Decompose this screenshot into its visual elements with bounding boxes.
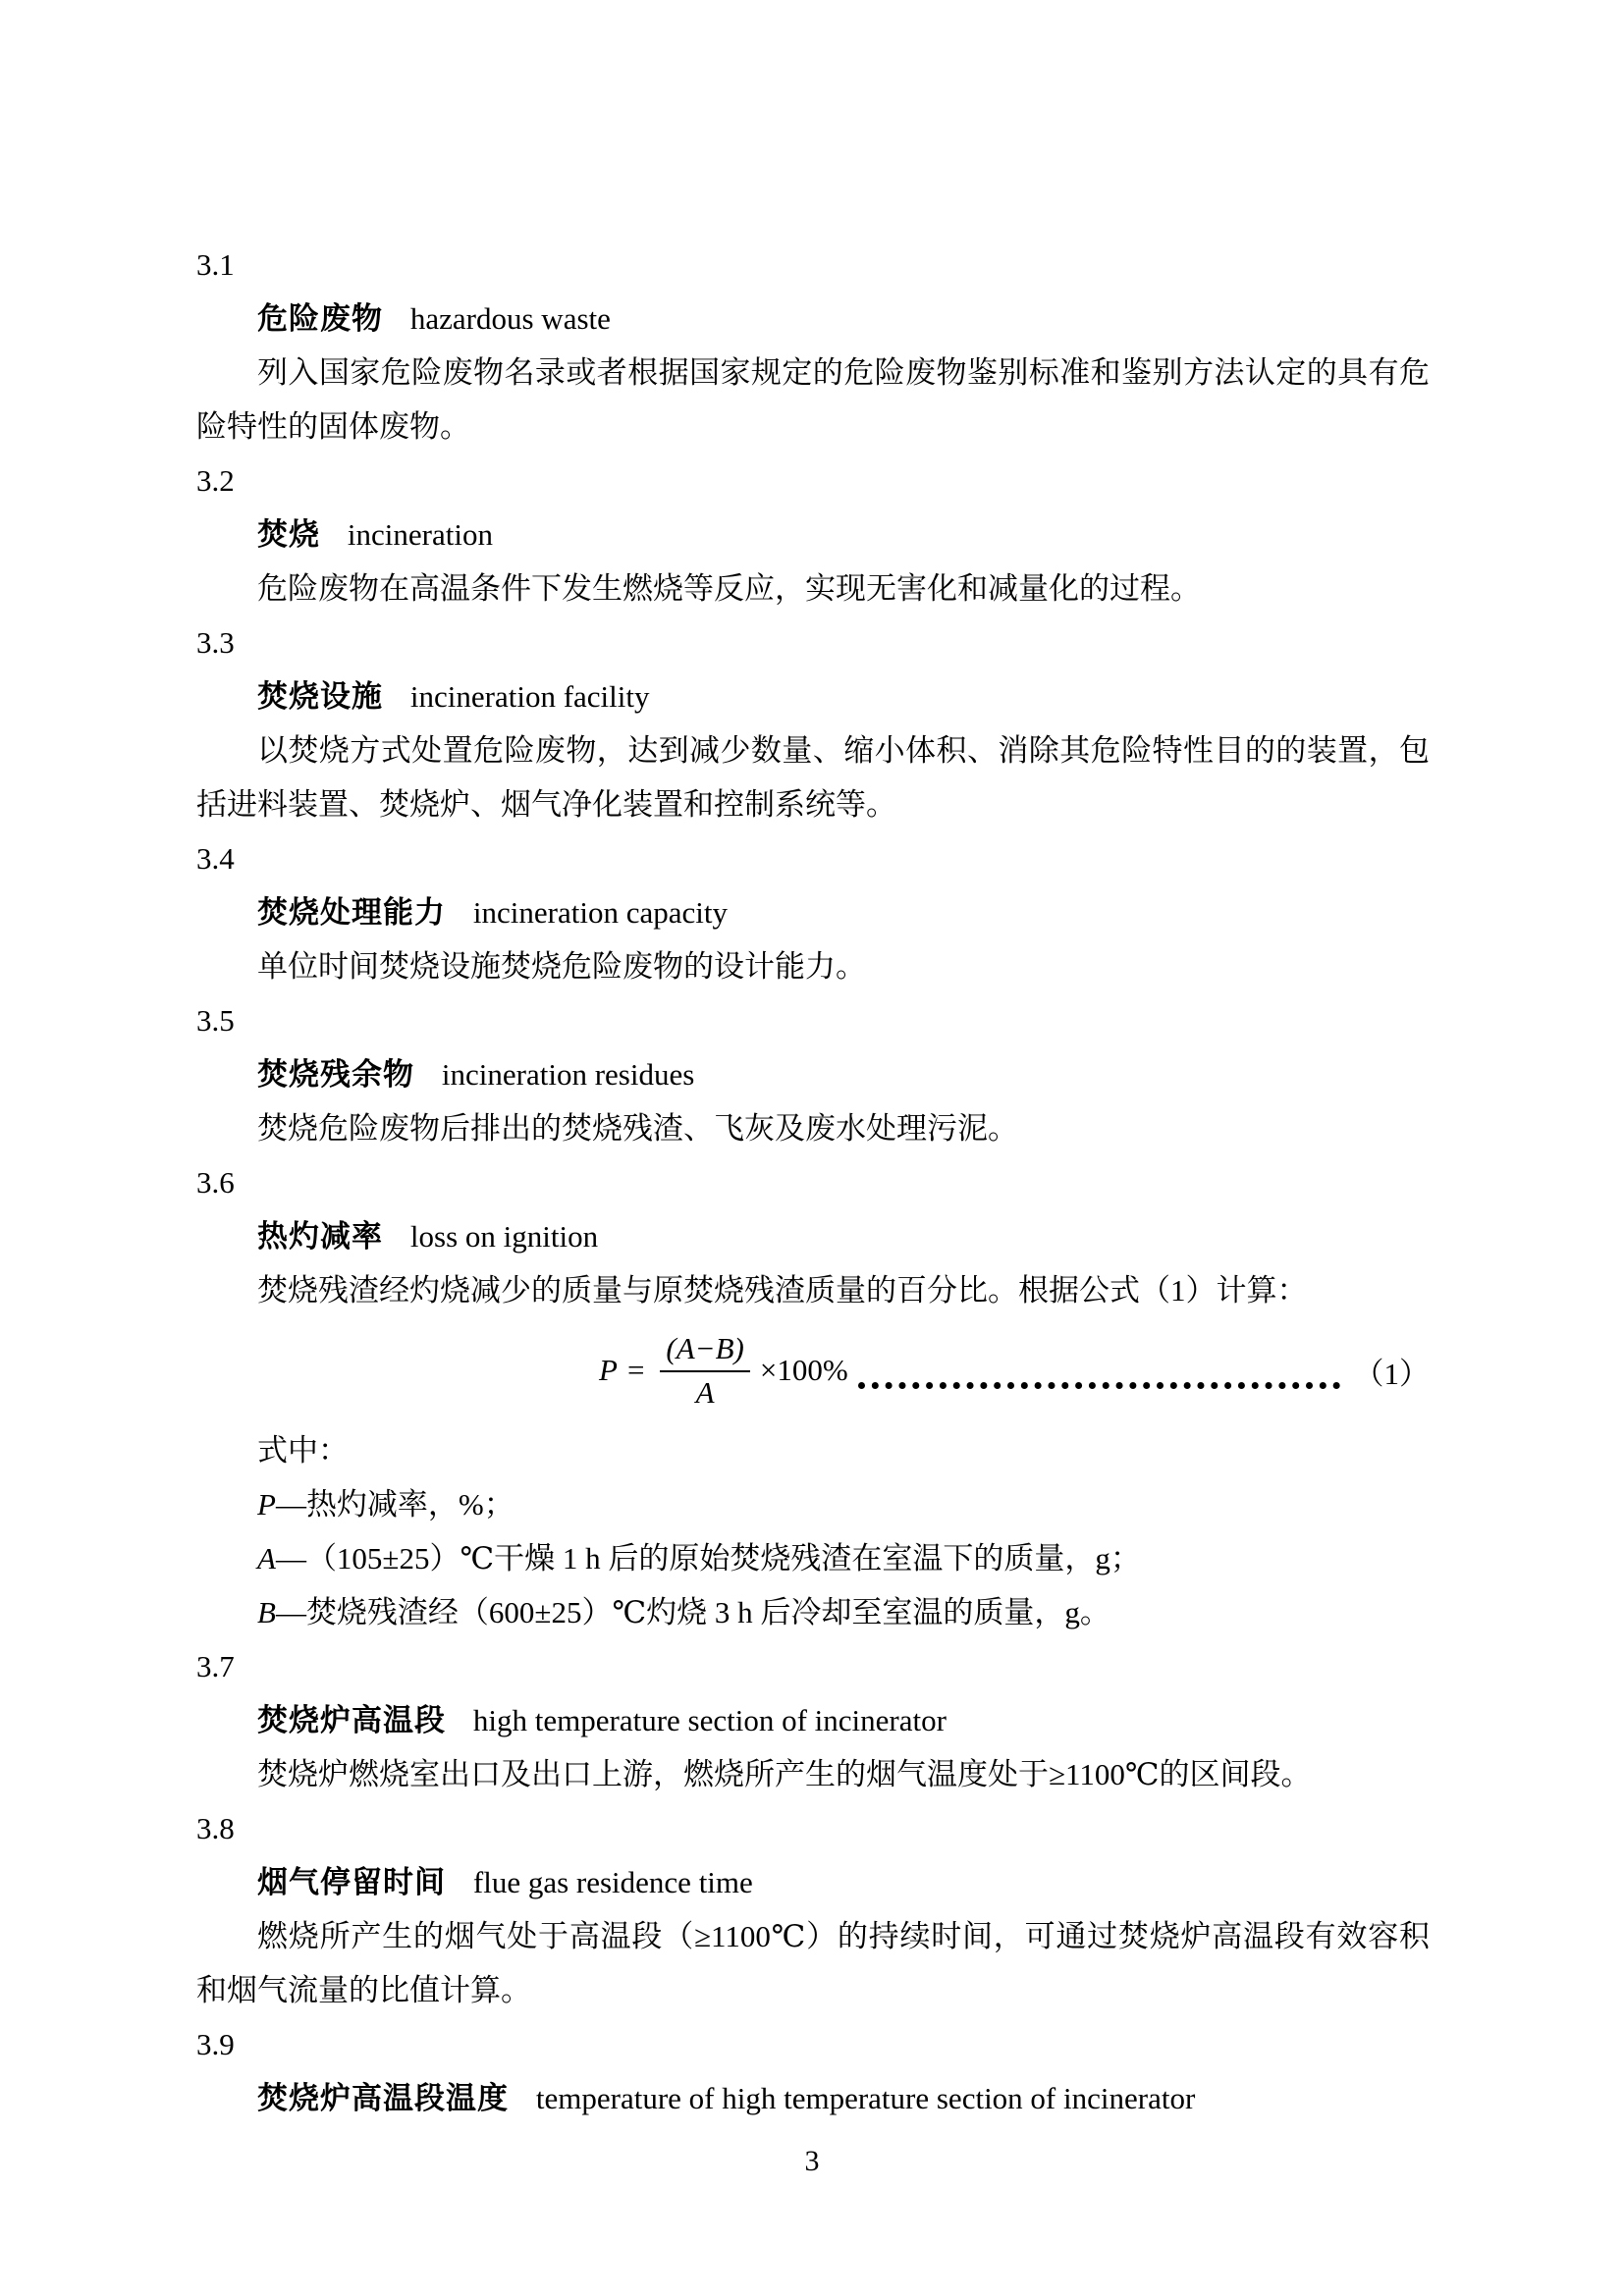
section-number-3-2: 3.2 <box>196 454 1430 507</box>
term-en-3-7: high temperature section of incinerator <box>473 1703 947 1737</box>
where-text-b: —焚烧残渣经（600±25）℃灼烧 3 h 后冷却至室温的质量，g。 <box>276 1595 1110 1629</box>
term-line-3-2: 焚烧incineration <box>196 507 1430 561</box>
term-zh-3-6: 热灼减率 <box>257 1219 383 1254</box>
formula-fraction: (A−B) A <box>660 1331 749 1411</box>
term-en-3-4: incineration capacity <box>473 895 728 930</box>
term-zh-3-3: 焚烧设施 <box>257 679 383 714</box>
where-text-a: —（105±25）℃干燥 1 h 后的原始焚烧残渣在室温下的质量，g； <box>276 1541 1141 1575</box>
term-en-3-1: hazardous waste <box>410 301 611 336</box>
where-var-p: P <box>257 1487 276 1522</box>
formula-denominator: A <box>696 1372 715 1411</box>
term-zh-3-8: 烟气停留时间 <box>257 1865 446 1899</box>
formula-equals: = <box>627 1353 644 1388</box>
formula-multiplier: ×100% <box>760 1353 848 1388</box>
definition-paragraph-3-1: 列入国家危险废物名录或者根据国家规定的危险废物鉴别标准和鉴别方法认定的具有危险特… <box>196 346 1430 454</box>
section-number-3-8: 3.8 <box>196 1801 1430 1855</box>
section-number-3-9: 3.9 <box>196 2017 1430 2071</box>
term-zh-3-4: 焚烧处理能力 <box>257 895 446 930</box>
term-zh-3-5: 焚烧残余物 <box>257 1057 414 1092</box>
term-line-3-8: 烟气停留时间flue gas residence time <box>196 1855 1430 1909</box>
definition-paragraph-3-5: 焚烧危险废物后排出的焚烧残渣、飞灰及废水处理污泥。 <box>196 1101 1430 1155</box>
section-number-3-7: 3.7 <box>196 1639 1430 1693</box>
where-item-b: B—焚烧残渣经（600±25）℃灼烧 3 h 后冷却至室温的质量，g。 <box>196 1585 1430 1639</box>
term-line-3-5: 焚烧残余物incineration residues <box>196 1047 1430 1101</box>
where-intro: 式中： <box>196 1423 1430 1477</box>
term-zh-3-9: 焚烧炉高温段温度 <box>257 2081 509 2115</box>
term-line-3-3: 焚烧设施incineration facility <box>196 669 1430 723</box>
formula-lhs: P <box>599 1353 618 1388</box>
page-number: 3 <box>0 2142 1624 2181</box>
section-number-3-5: 3.5 <box>196 993 1430 1047</box>
where-var-a: A <box>257 1541 276 1575</box>
formula-expression: P = (A−B) A ×100% <box>599 1331 848 1411</box>
term-zh-3-7: 焚烧炉高温段 <box>257 1703 446 1737</box>
definition-paragraph-3-3: 以焚烧方式处置危险废物，达到减少数量、缩小体积、消除其危险特性目的的装置，包括进… <box>196 723 1430 831</box>
term-line-3-1: 危险废物hazardous waste <box>196 292 1430 346</box>
definition-paragraph-3-4: 单位时间焚烧设施焚烧危险废物的设计能力。 <box>196 939 1430 993</box>
section-number-3-3: 3.3 <box>196 615 1430 669</box>
where-item-p: P—热灼减率，%； <box>196 1477 1430 1531</box>
where-item-a: A—（105±25）℃干燥 1 h 后的原始焚烧残渣在室温下的质量，g； <box>196 1531 1430 1585</box>
term-zh-3-2: 焚烧 <box>257 517 320 552</box>
term-line-3-4: 焚烧处理能力incineration capacity <box>196 885 1430 939</box>
term-en-3-9: temperature of high temperature section … <box>536 2081 1195 2115</box>
definition-paragraph-3-8: 燃烧所产生的烟气处于高温段（≥1100℃）的持续时间，可通过焚烧炉高温段有效容积… <box>196 1909 1430 2017</box>
where-text-p: —热灼减率，%； <box>276 1487 514 1522</box>
definition-paragraph-3-6: 焚烧残渣经灼烧减少的质量与原焚烧残渣质量的百分比。根据公式（1）计算： <box>196 1263 1430 1317</box>
term-zh-3-1: 危险废物 <box>257 301 383 336</box>
document-page: 3.1 危险废物hazardous waste 列入国家危险废物名录或者根据国家… <box>0 0 1624 2296</box>
section-number-3-1: 3.1 <box>196 238 1430 292</box>
section-number-3-6: 3.6 <box>196 1155 1430 1209</box>
term-line-3-6: 热灼减率loss on ignition <box>196 1209 1430 1263</box>
formula-numerator: (A−B) <box>660 1331 749 1372</box>
formula-row: P = (A−B) A ×100% （1） <box>196 1317 1430 1423</box>
term-en-3-6: loss on ignition <box>410 1219 598 1254</box>
term-en-3-2: incineration <box>348 517 493 552</box>
definition-paragraph-3-2: 危险废物在高温条件下发生燃烧等反应，实现无害化和减量化的过程。 <box>196 561 1430 615</box>
definition-paragraph-3-7: 焚烧炉燃烧室出口及出口上游，燃烧所产生的烟气温度处于≥1100℃的区间段。 <box>196 1747 1430 1801</box>
formula-label: （1） <box>1354 1349 1431 1393</box>
document-content: 3.1 危险废物hazardous waste 列入国家危险废物名录或者根据国家… <box>196 238 1430 2125</box>
term-line-3-7: 焚烧炉高温段high temperature section of incine… <box>196 1693 1430 1747</box>
term-en-3-8: flue gas residence time <box>473 1865 753 1899</box>
term-en-3-5: incineration residues <box>442 1057 694 1092</box>
section-number-3-4: 3.4 <box>196 831 1430 885</box>
term-en-3-3: incineration facility <box>410 679 650 714</box>
dotted-leader <box>858 1382 1340 1389</box>
where-var-b: B <box>257 1595 276 1629</box>
term-line-3-9: 焚烧炉高温段温度temperature of high temperature … <box>196 2071 1430 2125</box>
